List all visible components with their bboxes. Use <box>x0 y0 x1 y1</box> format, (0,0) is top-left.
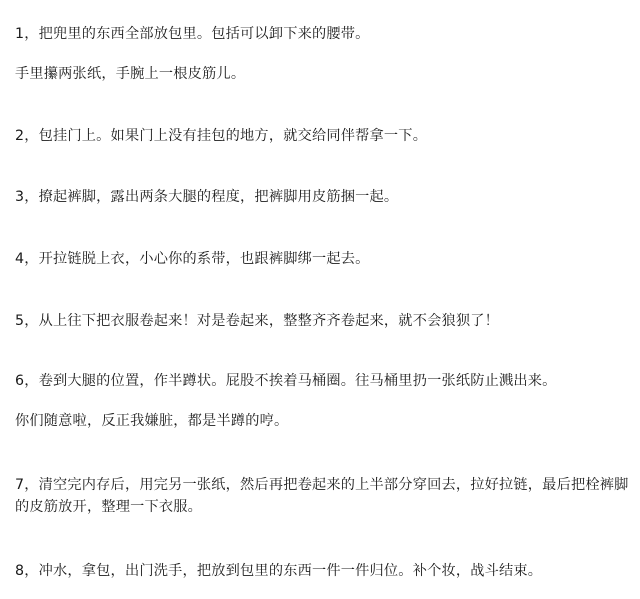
paragraph-step-4: 4，开拉链脱上衣，小心你的系带，也跟裤脚绑一起去。 <box>15 248 370 270</box>
paragraph-step-2: 2，包挂门上。如果门上没有挂包的地方，就交给同伴帮拿一下。 <box>15 125 427 147</box>
paragraph-step-1-note: 手里攥两张纸，手腕上一根皮筋儿。 <box>15 63 245 85</box>
paragraph-step-6-note: 你们随意啦，反正我嫌脏，都是半蹲的哼。 <box>15 410 288 432</box>
paragraph-step-7: 7，清空完内存后，用完另一张纸，然后再把卷起来的上半部分穿回去，拉好拉链，最后把… <box>15 474 630 518</box>
paragraph-step-5: 5，从上往下把衣服卷起来！对是卷起来，整整齐齐卷起来，就不会狼狈了！ <box>15 310 499 332</box>
paragraph-step-6: 6，卷到大腿的位置，作半蹲状。屁股不挨着马桶圈。往马桶里扔一张纸防止溅出来。 <box>15 370 557 392</box>
paragraph-step-1: 1，把兜里的东西全部放包里。包括可以卸下来的腰带。 <box>15 23 370 45</box>
paragraph-step-8: 8，冲水，拿包，出门洗手，把放到包里的东西一件一件归位。补个妆，战斗结束。 <box>15 560 542 582</box>
paragraph-step-3: 3，撩起裤脚，露出两条大腿的程度，把裤脚用皮筋捆一起。 <box>15 186 398 208</box>
